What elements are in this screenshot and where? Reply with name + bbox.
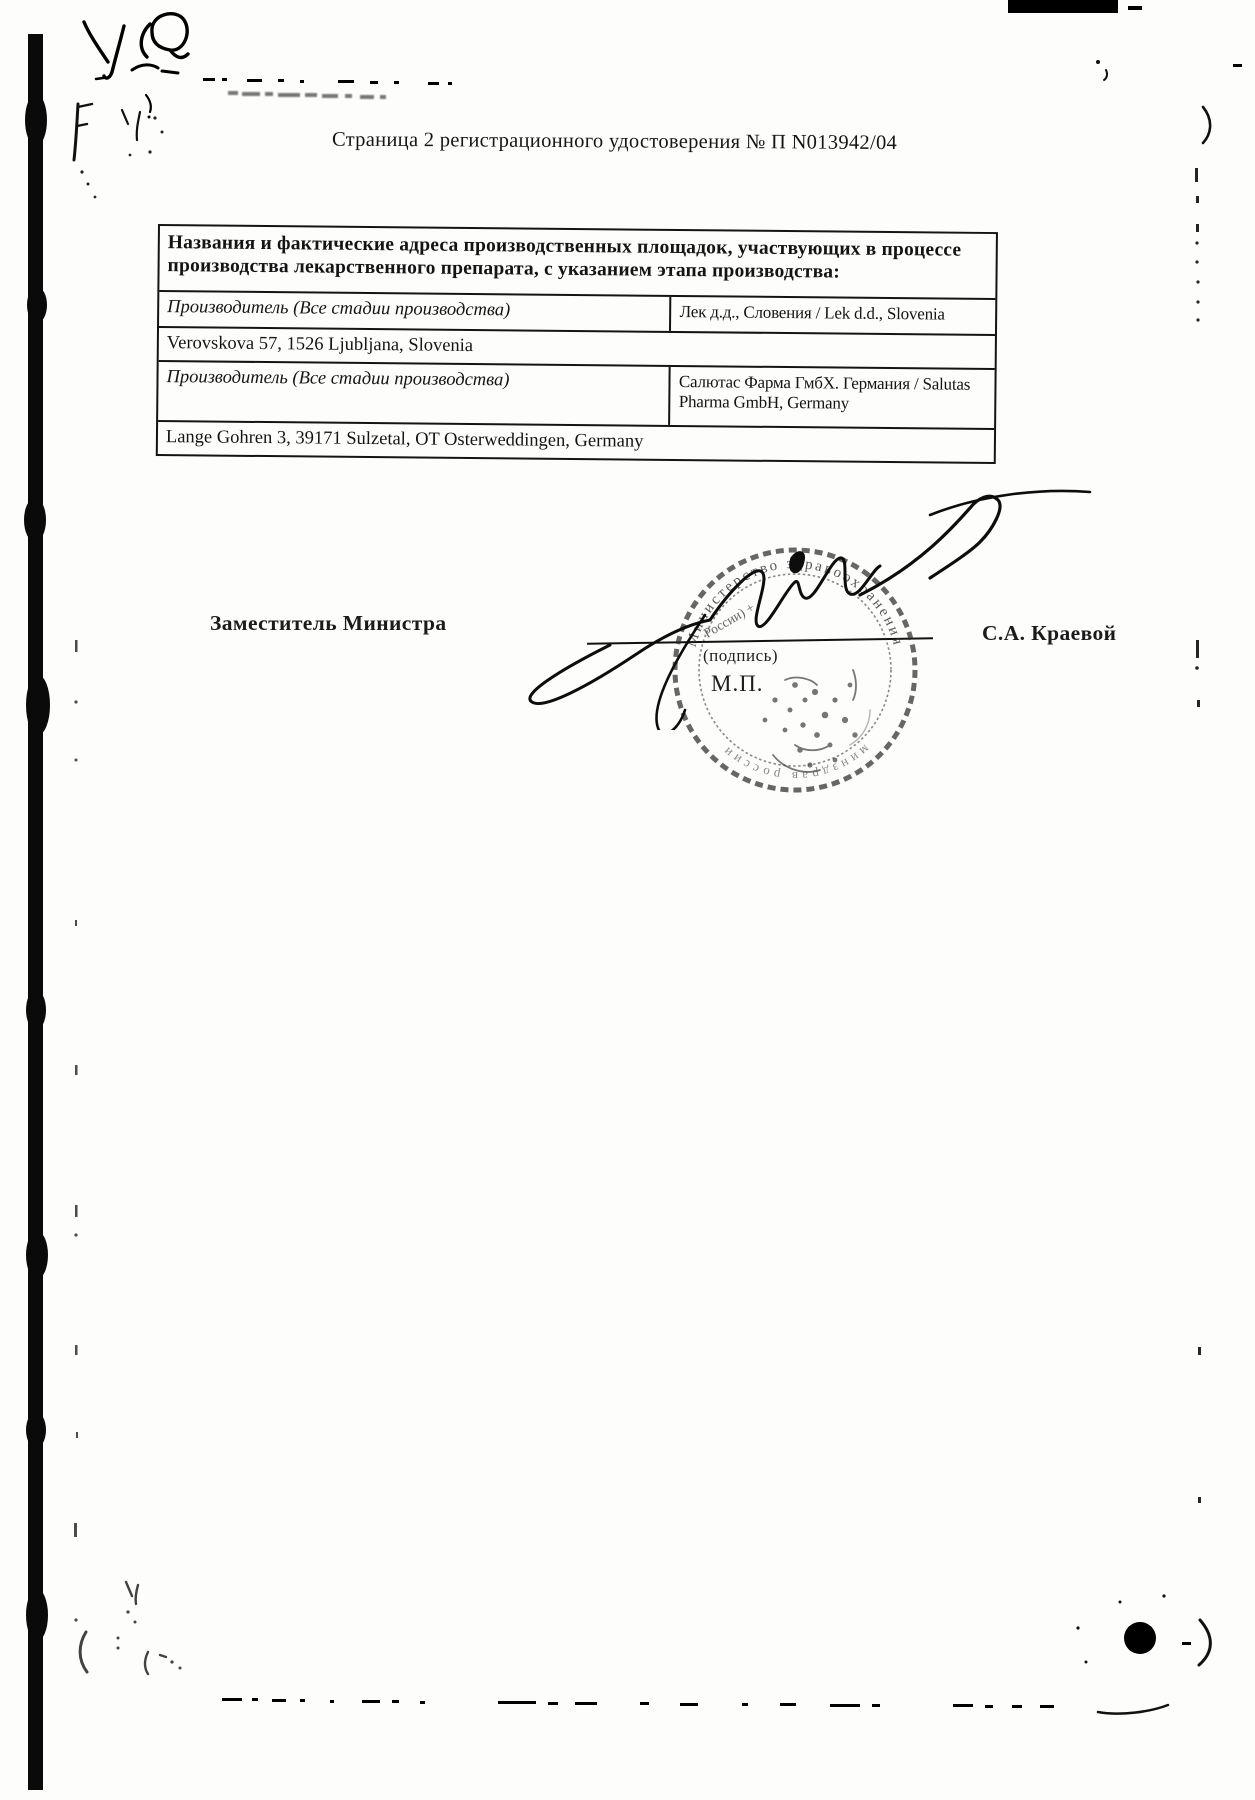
manufacturer-name-1: Лек д.д., Словения / Lek d.d., Slovenia [671,297,995,334]
left-scan-bar [24,34,50,1790]
left-margin-dashes [74,640,78,1622]
right-margin-dashes [1195,168,1201,1503]
punch-hole-dot [1076,1594,1210,1665]
top-right-bar [1008,0,1242,67]
bottom-dashed-line [222,1698,1054,1708]
top-dashed-line [203,78,452,85]
bracket-mark [1096,60,1210,143]
manufacturer-address-2: Lange Gohren 3, 39171 Sulzetal, OT Oster… [158,422,994,462]
signatory-title: Заместитель Министра [210,611,446,636]
smudged-text-line [228,91,386,99]
manufacturer-name-2: Салютас Фарма ГмбХ. Германия / Salutas P… [671,367,995,428]
table-row: Производитель (Все стадии производства) … [158,360,995,428]
page-title: Страница 2 регистрационного удостоверени… [332,129,1112,157]
manufacturer-stage-label-2: Производитель (Все стадии производства) [158,362,671,425]
bottom-curve-mark [1098,1705,1168,1714]
table-title: Названия и фактические адреса производст… [159,226,996,298]
manufacturers-table: Названия и фактические адреса производст… [156,224,998,464]
manufacturer-stage-label-1: Производитель (Все стадии производства) [159,292,672,331]
margin-bracket-mark [74,104,164,198]
handwritten-mark [84,14,188,119]
handwritten-signature [500,470,1140,730]
bottom-left-smudge [80,1582,181,1674]
